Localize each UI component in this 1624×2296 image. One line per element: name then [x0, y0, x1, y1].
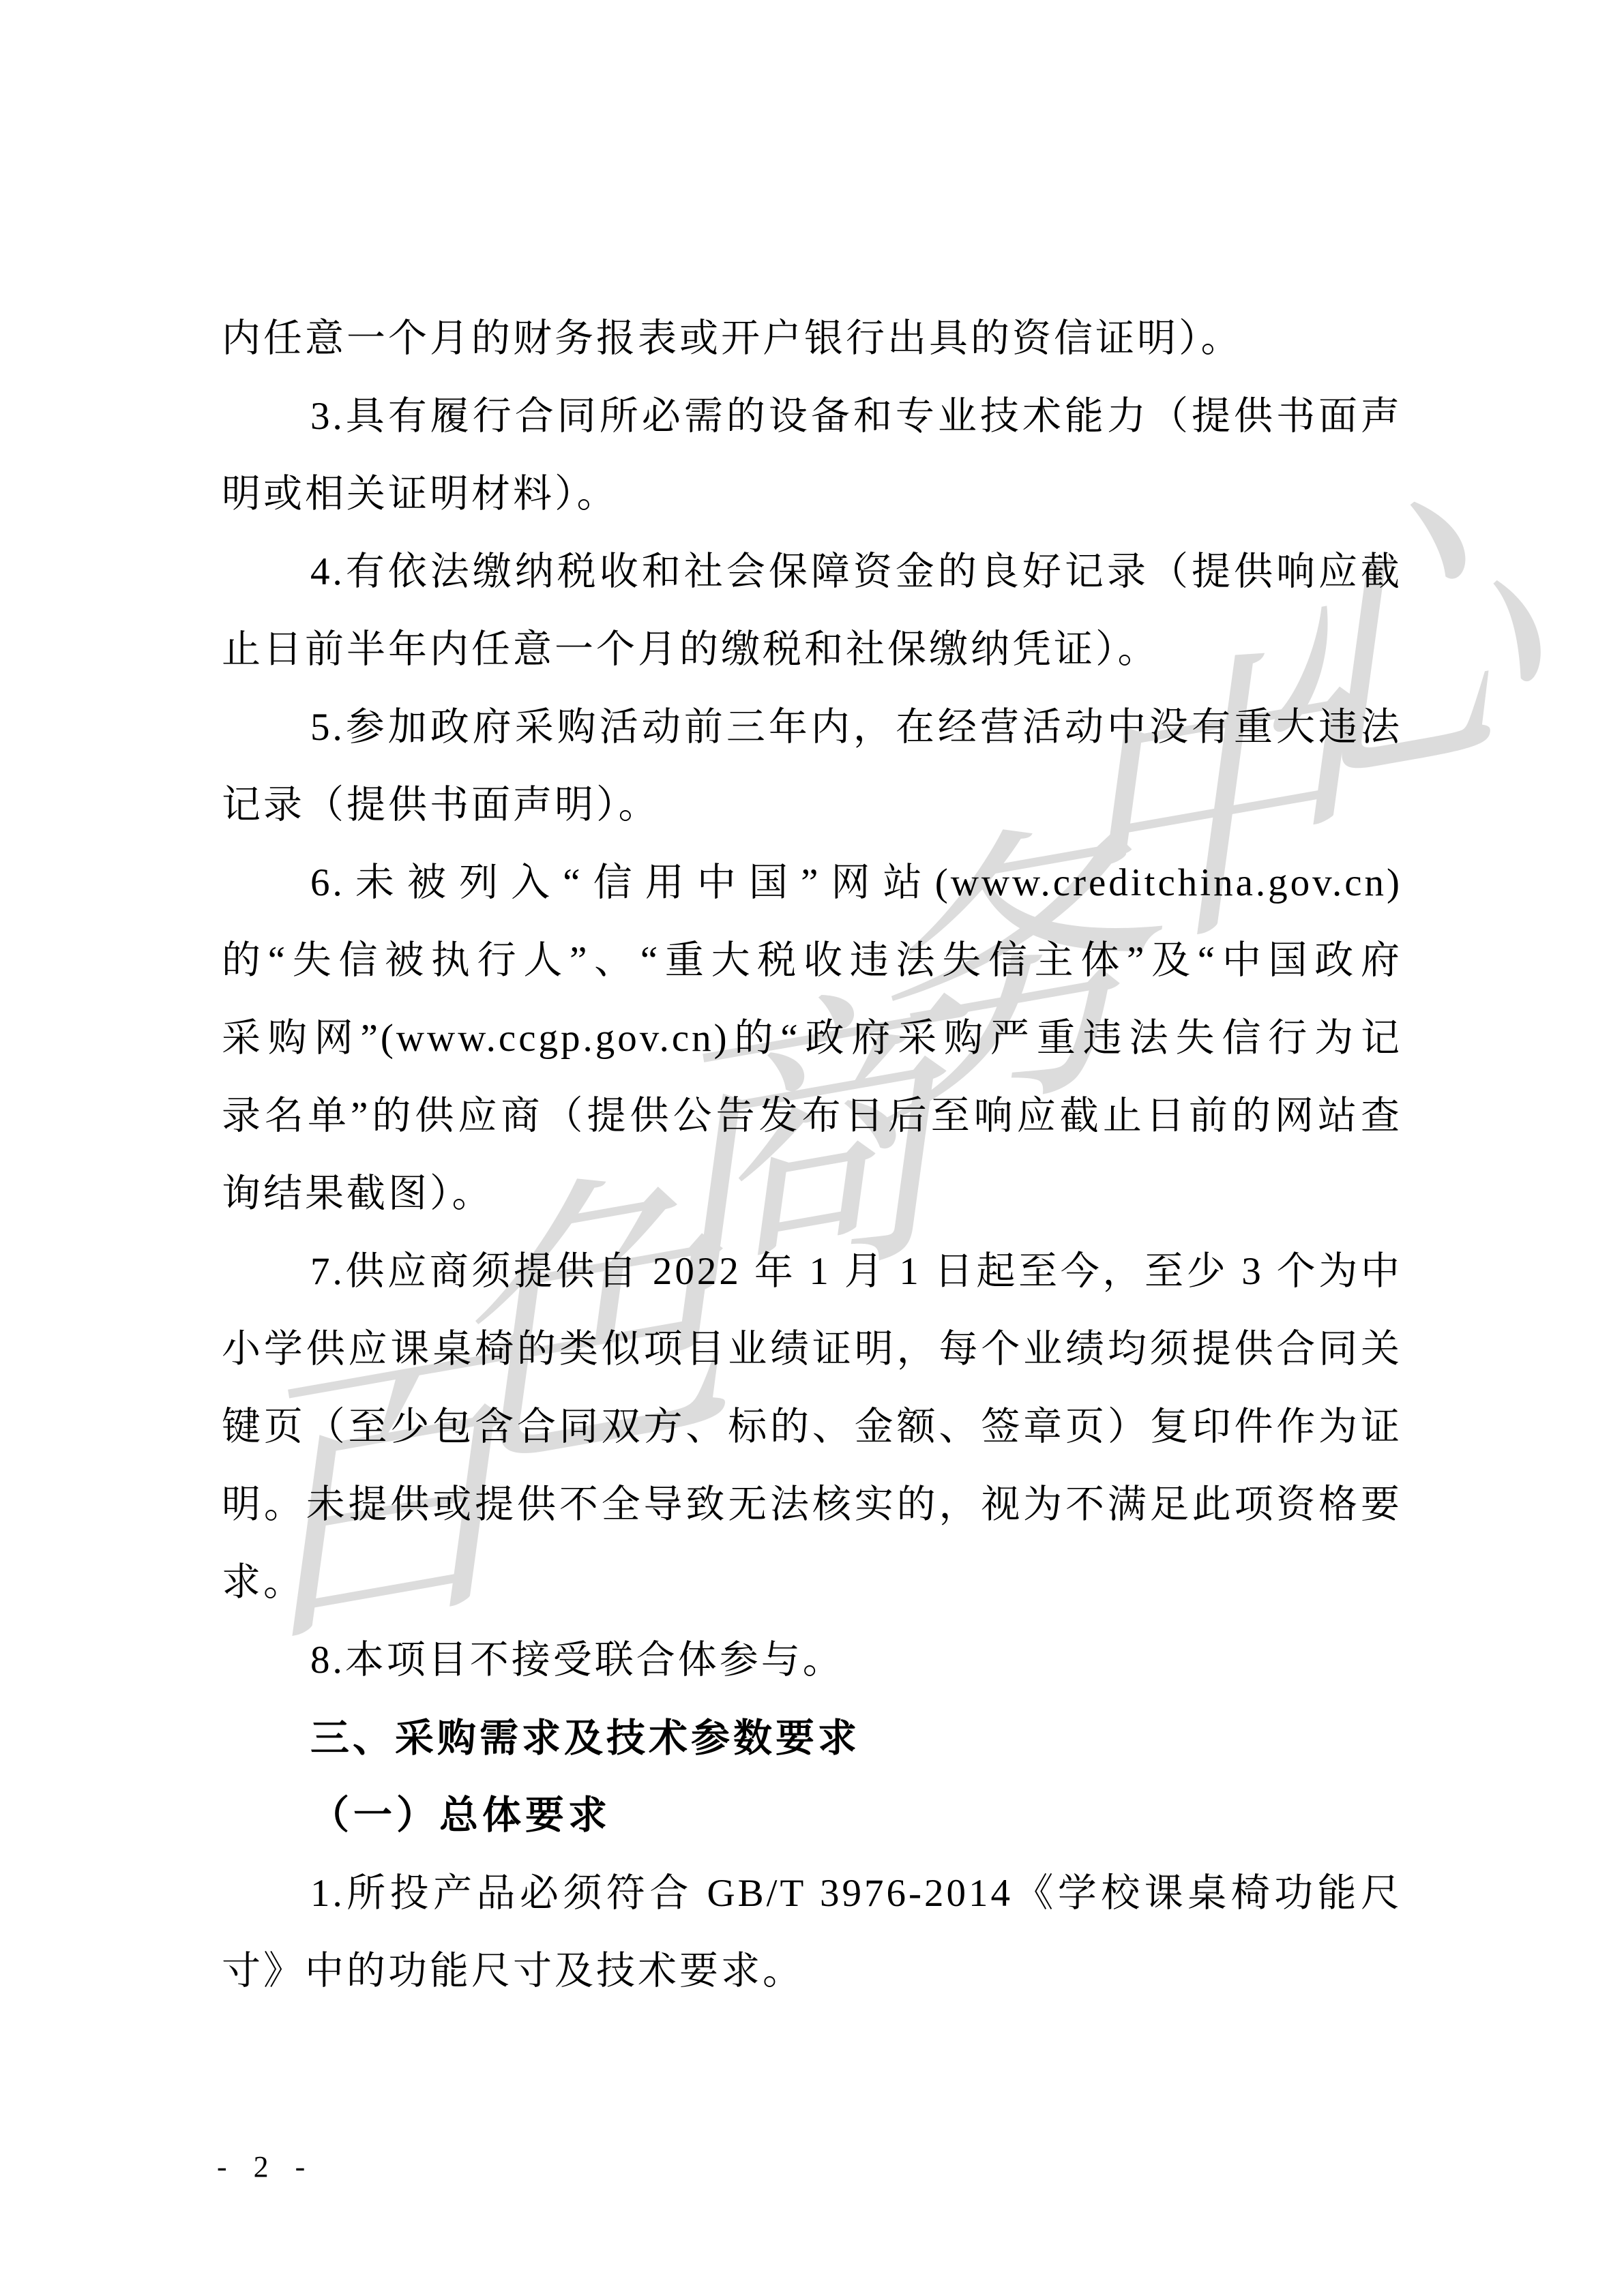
text-line: 求。 [222, 1544, 1402, 1622]
text-line: 4.有依法缴纳税收和社会保障资金的良好记录（提供响应截 [222, 533, 1402, 611]
text-line: 录名单”的供应商（提供公告发布日后至响应截止日前的网站查 [222, 1077, 1402, 1155]
text-line: 寸》中的功能尺寸及技术要求。 [222, 1933, 1402, 2010]
subsection-heading: （一）总体要求 [222, 1777, 1402, 1855]
page-number: - 2 - [217, 2147, 314, 2188]
text-line: 5.参加政府采购活动前三年内，在经营活动中没有重大违法 [222, 689, 1402, 766]
text-line: 询结果截图）。 [222, 1155, 1402, 1233]
text-line: 的“失信被执行人”、“重大税收违法失信主体”及“中国政府 [222, 922, 1402, 1000]
document-body: 内任意一个月的财务报表或开户银行出具的资信证明）。 3.具有履行合同所必需的设备… [222, 300, 1402, 2010]
text-line: 8.本项目不接受联合体参与。 [222, 1622, 1402, 1699]
text-line: 键页（至少包含合同双方、标的、金额、签章页）复印件作为证 [222, 1388, 1402, 1466]
text-line: 止日前半年内任意一个月的缴税和社保缴纳凭证）。 [222, 611, 1402, 689]
document-page: 百 色 商 务 中 心 内任意一个月的财务报表或开户银行出具的资信证明）。 3.… [0, 0, 1624, 2296]
text-line: 7.供应商须提供自 2022 年 1 月 1 日起至今，至少 3 个为中 [222, 1233, 1402, 1311]
text-line: 3.具有履行合同所必需的设备和专业技术能力（提供书面声 [222, 378, 1402, 456]
text-line: 采购网”(www.ccgp.gov.cn)的“政府采购严重违法失信行为记 [222, 1000, 1402, 1077]
text-line: 6.未被列入“信用中国”网站(www.creditchina.gov.cn) [222, 844, 1402, 922]
text-line: 内任意一个月的财务报表或开户银行出具的资信证明）。 [222, 300, 1402, 378]
section-heading: 三、采购需求及技术参数要求 [222, 1699, 1402, 1777]
text-line: 记录（提供书面声明）。 [222, 766, 1402, 844]
text-line: 明或相关证明材料）。 [222, 456, 1402, 533]
text-line: 1.所投产品必须符合 GB/T 3976-2014《学校课桌椅功能尺 [222, 1855, 1402, 1933]
text-line: 小学供应课桌椅的类似项目业绩证明，每个业绩均须提供合同关 [222, 1311, 1402, 1388]
text-line: 明。未提供或提供不全导致无法核实的，视为不满足此项资格要 [222, 1466, 1402, 1544]
